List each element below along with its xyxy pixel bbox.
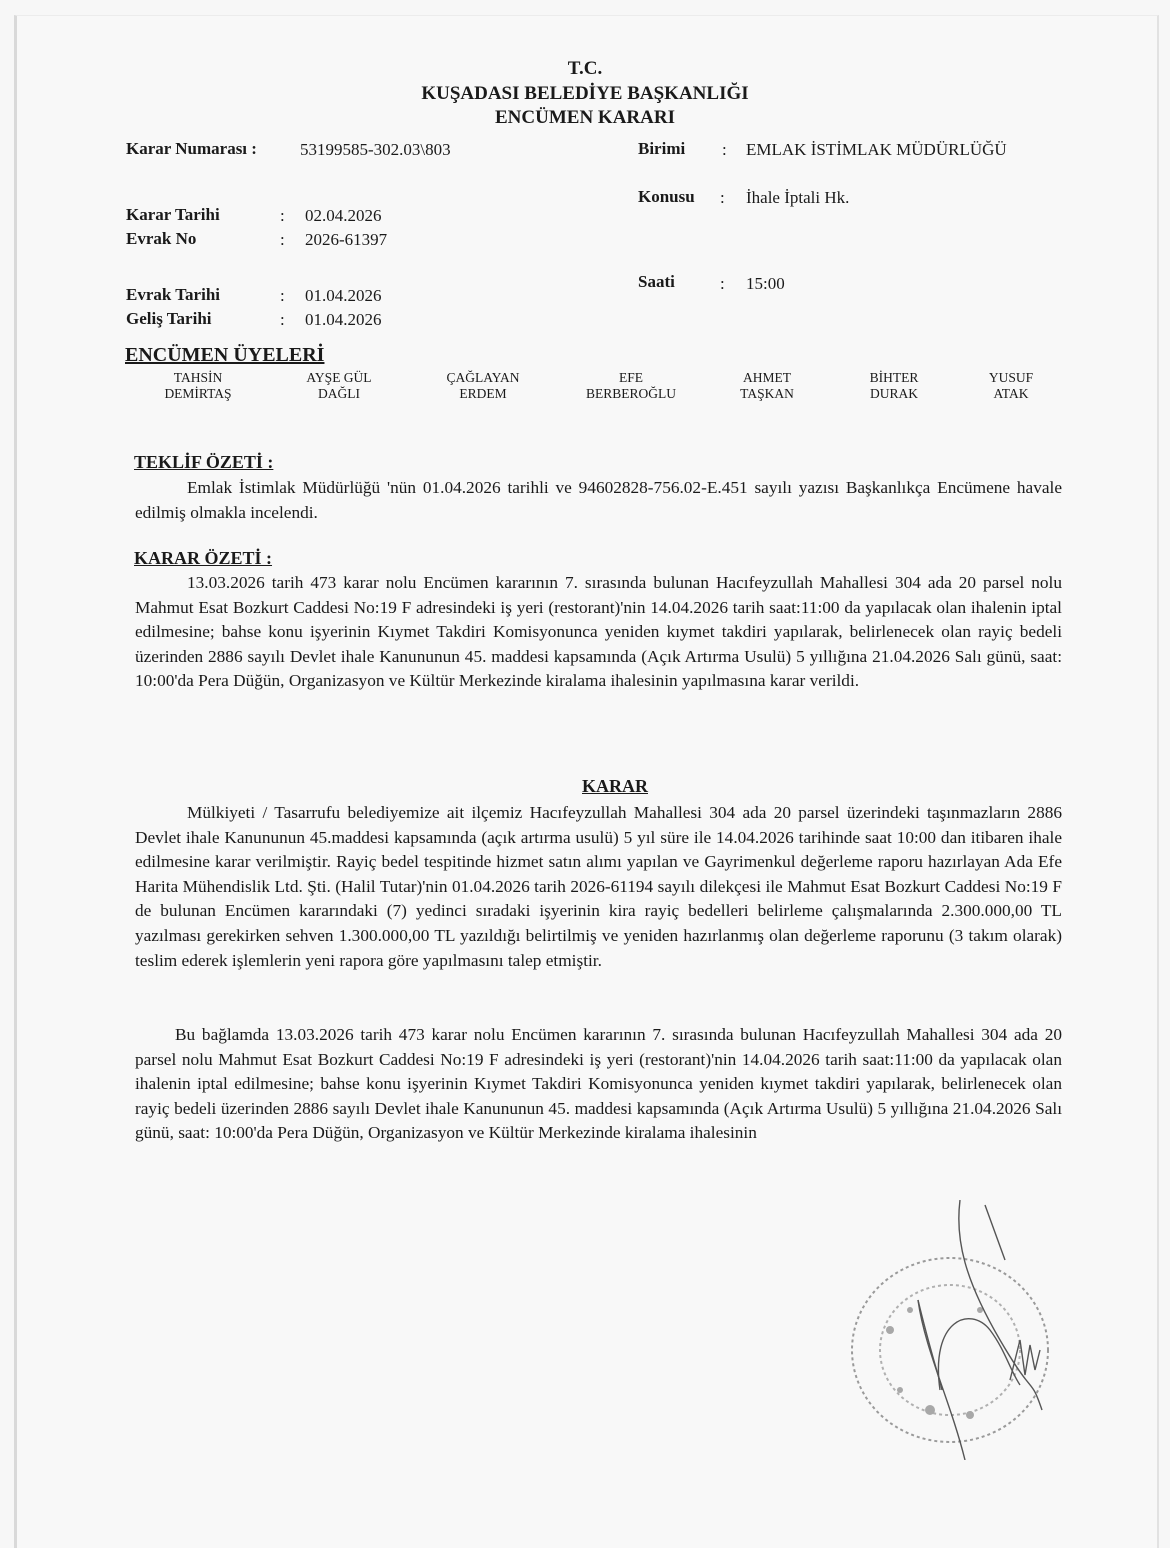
evrak-no-colon: : — [280, 230, 285, 250]
gelis-tarihi-label: Geliş Tarihi — [126, 309, 212, 329]
konusu-colon: : — [720, 188, 725, 208]
member: TAHSİNDEMİRTAŞ — [128, 370, 268, 402]
member-last-name: DEMİRTAŞ — [128, 386, 268, 402]
evrak-tarihi-label: Evrak Tarihi — [126, 285, 220, 305]
saati-label: Saati — [638, 272, 675, 292]
member-last-name: DAĞLI — [269, 386, 409, 402]
teklif-ozeti-heading: TEKLİF ÖZETİ : — [134, 452, 273, 473]
saati-colon: : — [720, 274, 725, 294]
karar-paragraph-2: Bu bağlamda 13.03.2026 tarih 473 karar n… — [135, 1023, 1062, 1146]
member-first-name: AYŞE GÜL — [269, 370, 409, 386]
member: AHMETTAŞKAN — [697, 370, 837, 402]
evrak-no-value: 2026-61397 — [305, 230, 387, 250]
member-last-name: BERBEROĞLU — [561, 386, 701, 402]
karar-ozeti-heading: KARAR ÖZETİ : — [134, 548, 272, 569]
teklif-ozeti-text: Emlak İstimlak Müdürlüğü 'nün 01.04.2026… — [135, 476, 1062, 525]
official-seal-icon — [830, 1200, 1090, 1465]
karar-tarihi-value: 02.04.2026 — [305, 206, 382, 226]
konusu-label: Konusu — [638, 187, 695, 207]
member-last-name: ERDEM — [413, 386, 553, 402]
birimi-label: Birimi — [638, 139, 685, 159]
evrak-no-label: Evrak No — [126, 229, 196, 249]
karar-paragraph-1: Mülkiyeti / Tasarrufu belediyemize ait i… — [135, 801, 1062, 973]
gelis-tarihi-value: 01.04.2026 — [305, 310, 382, 330]
header-tc: T.C. — [0, 58, 1170, 80]
evrak-tarihi-value: 01.04.2026 — [305, 286, 382, 306]
karar-numarasi-value: 53199585-302.03\803 — [300, 140, 451, 160]
karar-tarihi-label: Karar Tarihi — [126, 205, 220, 225]
member-first-name: AHMET — [697, 370, 837, 386]
karar-ozeti-text: 13.03.2026 tarih 473 karar nolu Encümen … — [135, 571, 1062, 694]
member: ÇAĞLAYANERDEM — [413, 370, 553, 402]
evrak-tarihi-colon: : — [280, 286, 285, 306]
member-last-name: TAŞKAN — [697, 386, 837, 402]
member-first-name: EFE — [561, 370, 701, 386]
member: EFEBERBEROĞLU — [561, 370, 701, 402]
birimi-value: EMLAK İSTİMLAK MÜDÜRLÜĞÜ — [746, 140, 1007, 160]
member-last-name: ATAK — [941, 386, 1081, 402]
member: YUSUFATAK — [941, 370, 1081, 402]
header-document-type: ENCÜMEN KARARI — [0, 107, 1170, 129]
member-first-name: ÇAĞLAYAN — [413, 370, 553, 386]
member-first-name: TAHSİN — [128, 370, 268, 386]
konusu-value: İhale İptali Hk. — [746, 188, 849, 208]
header-municipality: KUŞADASI BELEDİYE BAŞKANLIĞI — [0, 83, 1170, 105]
member: AYŞE GÜLDAĞLI — [269, 370, 409, 402]
gelis-tarihi-colon: : — [280, 310, 285, 330]
members-heading: ENCÜMEN ÜYELERİ — [125, 344, 324, 367]
karar-numarasi-label: Karar Numarası : — [126, 139, 257, 159]
member-first-name: YUSUF — [941, 370, 1081, 386]
birimi-colon: : — [722, 140, 727, 160]
karar-heading: KARAR — [0, 776, 1170, 797]
karar-tarihi-colon: : — [280, 206, 285, 226]
saati-value: 15:00 — [746, 274, 785, 294]
